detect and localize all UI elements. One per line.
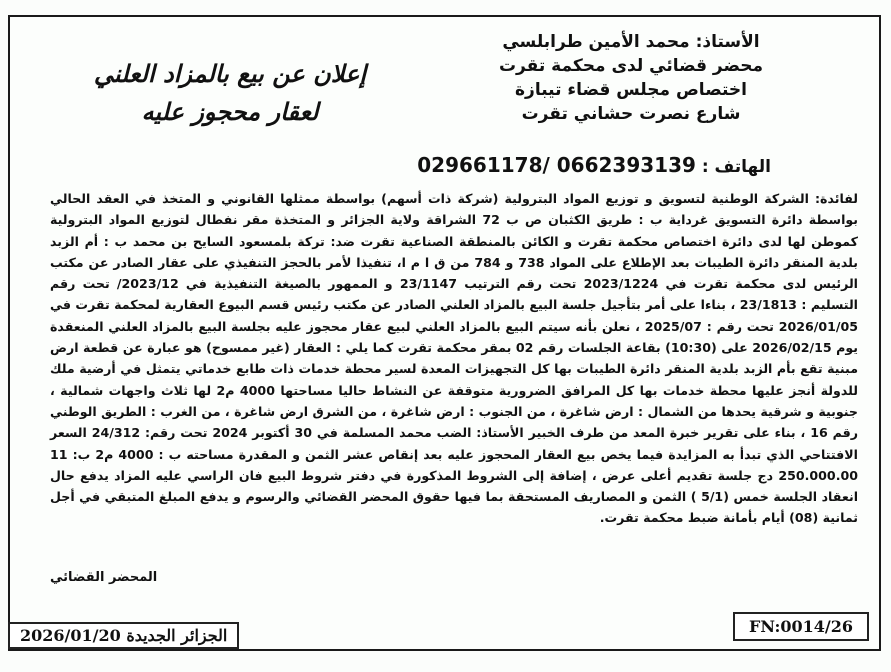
bailiff-jurisdiction: اختصاص مجلس قضاء تيبازة	[421, 78, 841, 102]
bailiff-court: محضر قضائي لدى محكمة تقرت	[421, 54, 841, 78]
bailiff-name: الأستاذ: محمد الأمين طرابلسي	[421, 30, 841, 54]
body-paragraph: لفائدة: الشركة الوطنية لتسويق و توزيع ال…	[50, 188, 858, 529]
signature: المحضر القضائي	[50, 570, 157, 585]
phone-numbers: 029661178/ 0662393139	[417, 153, 696, 177]
phone-label: الهاتف :	[702, 157, 771, 177]
newspaper-date-box: الجزائر الجديدة 2026/01/20	[8, 622, 239, 649]
bailiff-header: الأستاذ: محمد الأمين طرابلسي محضر قضائي …	[421, 30, 841, 126]
announcement-body: لفائدة: الشركة الوطنية لتسويق و توزيع ال…	[50, 188, 858, 529]
phone-line: الهاتف : 029661178/ 0662393139	[417, 153, 771, 177]
bailiff-address: شارع نصرت حشاني تقرت	[421, 102, 841, 126]
title-line-2: لعقار محجوز عليه	[40, 93, 420, 131]
fn-code-box: FN:0014/26	[733, 612, 869, 641]
title-line-1: إعلان عن بيع بالمزاد العلني	[40, 55, 420, 93]
announcement-title: إعلان عن بيع بالمزاد العلني لعقار محجوز …	[40, 55, 420, 131]
